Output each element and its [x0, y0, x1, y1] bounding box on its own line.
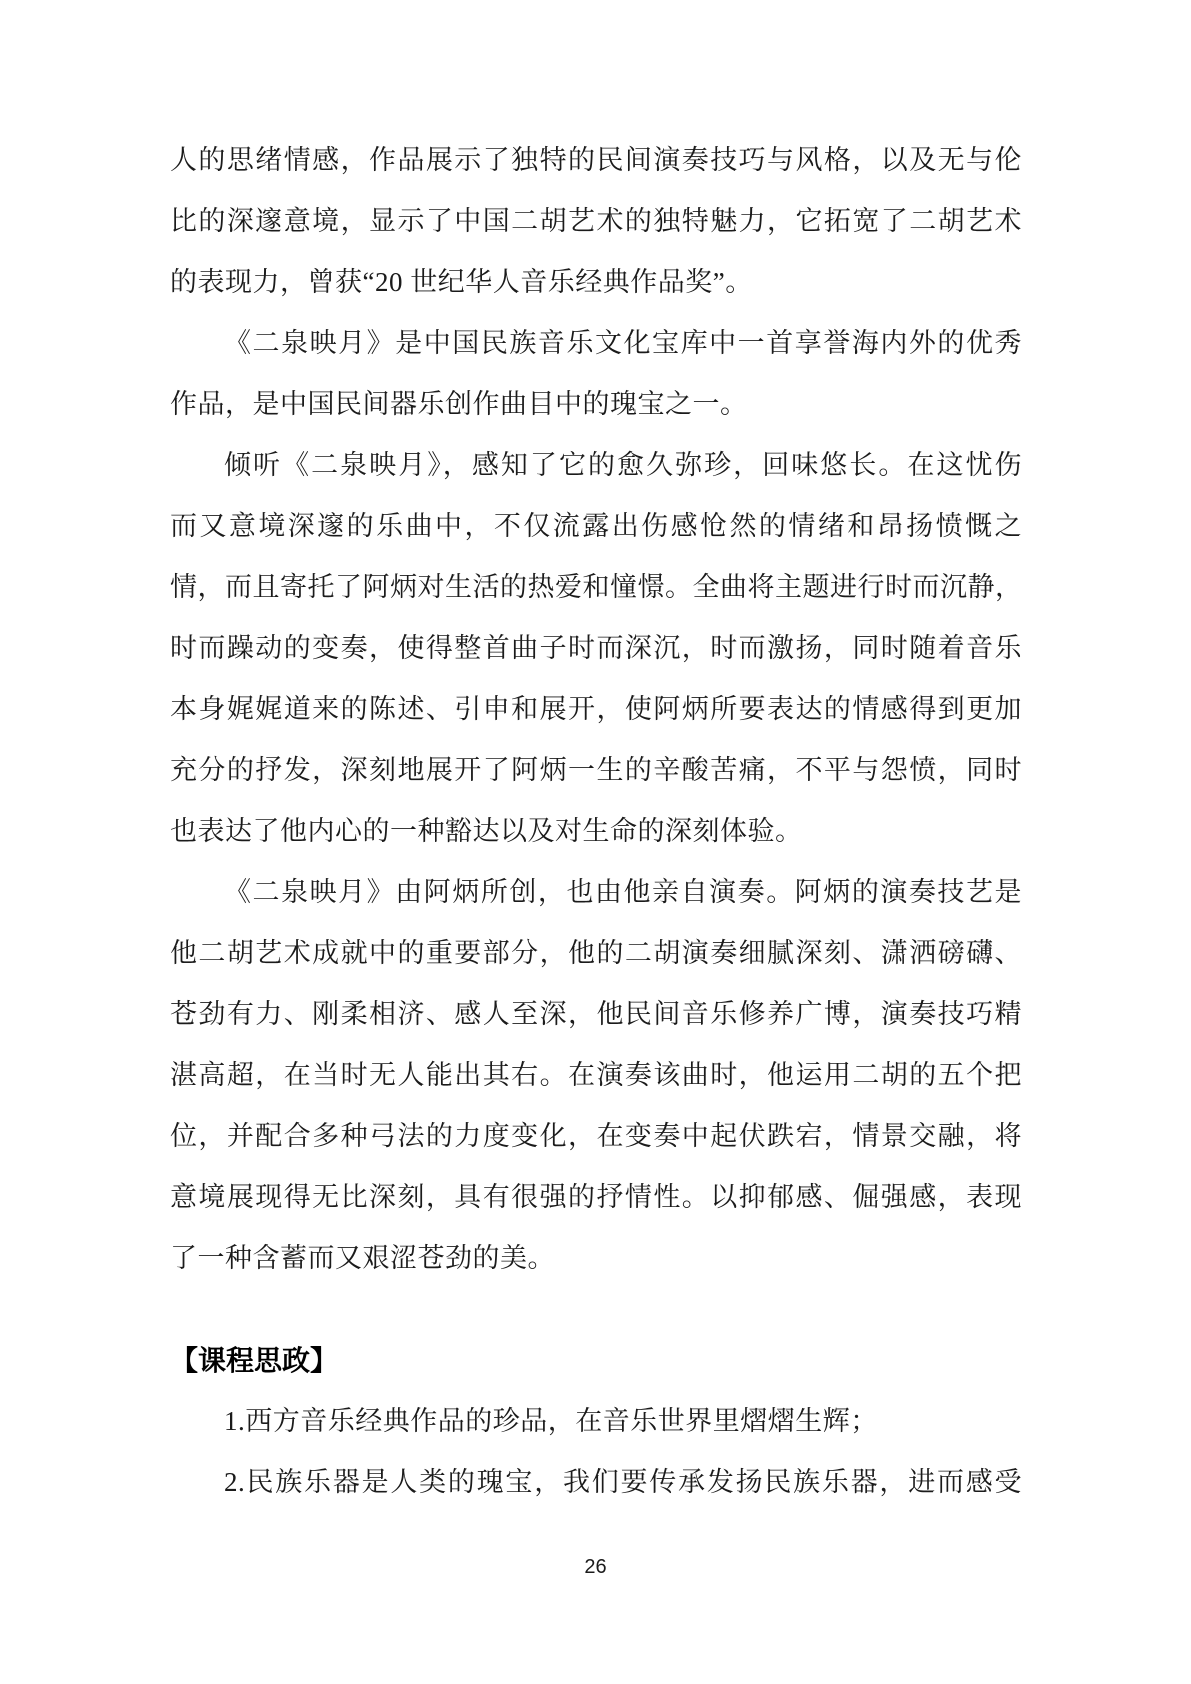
list-item: 2.民族乐器是人类的瑰宝，我们要传承发扬民族乐器，进而感受 [170, 1452, 1022, 1513]
text-line: 了一种含蓄而又艰涩苍劲的美。 [170, 1228, 1022, 1289]
text-line: 时而躁动的变奏，使得整首曲子时而深沉，时而激扬，同时随着音乐 [170, 618, 1022, 679]
text-line: 倾听《二泉映月》，感知了它的愈久弥珍，回味悠长。在这忧伤 [170, 435, 1022, 496]
numbered-list: 1.西方音乐经典作品的珍品，在音乐世界里熠熠生辉； 2.民族乐器是人类的瑰宝，我… [170, 1391, 1022, 1513]
text-line: 的表现力，曾获“20 世纪华人音乐经典作品奖”。 [170, 252, 1022, 313]
paragraph: 人的思绪情感，作品展示了独特的民间演奏技巧与风格，以及无与伦 比的深邃意境，显示… [170, 130, 1022, 313]
paragraph: 倾听《二泉映月》，感知了它的愈久弥珍，回味悠长。在这忧伤 而又意境深邃的乐曲中，… [170, 435, 1022, 862]
text-line: 湛高超，在当时无人能出其右。在演奏该曲时，他运用二胡的五个把 [170, 1045, 1022, 1106]
page-number: 26 [0, 1556, 1191, 1579]
text-line: 《二泉映月》由阿炳所创，也由他亲自演奏。阿炳的演奏技艺是 [170, 862, 1022, 923]
text-line: 比的深邃意境，显示了中国二胡艺术的独特魅力，它拓宽了二胡艺术 [170, 191, 1022, 252]
text-line: 人的思绪情感，作品展示了独特的民间演奏技巧与风格，以及无与伦 [170, 130, 1022, 191]
paragraph: 《二泉映月》是中国民族音乐文化宝库中一首享誉海内外的优秀 作品，是中国民间器乐创… [170, 313, 1022, 435]
text-line: 他二胡艺术成就中的重要部分，他的二胡演奏细腻深刻、潇洒磅礴、 [170, 923, 1022, 984]
document-page: { "document": { "paragraphs": [ { "lines… [0, 0, 1191, 1684]
list-item: 1.西方音乐经典作品的珍品，在音乐世界里熠熠生辉； [170, 1391, 1022, 1452]
text-line: 《二泉映月》是中国民族音乐文化宝库中一首享誉海内外的优秀 [170, 313, 1022, 374]
text-line: 位，并配合多种弓法的力度变化，在变奏中起伏跌宕，情景交融，将 [170, 1106, 1022, 1167]
text-line: 苍劲有力、刚柔相济、感人至深，他民间音乐修养广博，演奏技巧精 [170, 984, 1022, 1045]
text-line: 也表达了他内心的一种豁达以及对生命的深刻体验。 [170, 801, 1022, 862]
text-line: 情，而且寄托了阿炳对生活的热爱和憧憬。全曲将主题进行时而沉静， [170, 557, 1022, 618]
text-line: 本身娓娓道来的陈述、引申和展开，使阿炳所要表达的情感得到更加 [170, 679, 1022, 740]
text-line: 充分的抒发，深刻地展开了阿炳一生的辛酸苦痛，不平与怨愤，同时 [170, 740, 1022, 801]
document-body-text: 人的思绪情感，作品展示了独特的民间演奏技巧与风格，以及无与伦 比的深邃意境，显示… [170, 130, 1022, 1513]
text-line: 作品，是中国民间器乐创作曲目中的瑰宝之一。 [170, 374, 1022, 435]
text-line: 而又意境深邃的乐曲中，不仅流露出伤感怆然的情绪和昂扬愤慨之 [170, 496, 1022, 557]
section-heading: 【课程思政】 [170, 1330, 1022, 1391]
text-line: 意境展现得无比深刻，具有很强的抒情性。以抑郁感、倔强感，表现 [170, 1167, 1022, 1228]
paragraph: 《二泉映月》由阿炳所创，也由他亲自演奏。阿炳的演奏技艺是 他二胡艺术成就中的重要… [170, 862, 1022, 1289]
